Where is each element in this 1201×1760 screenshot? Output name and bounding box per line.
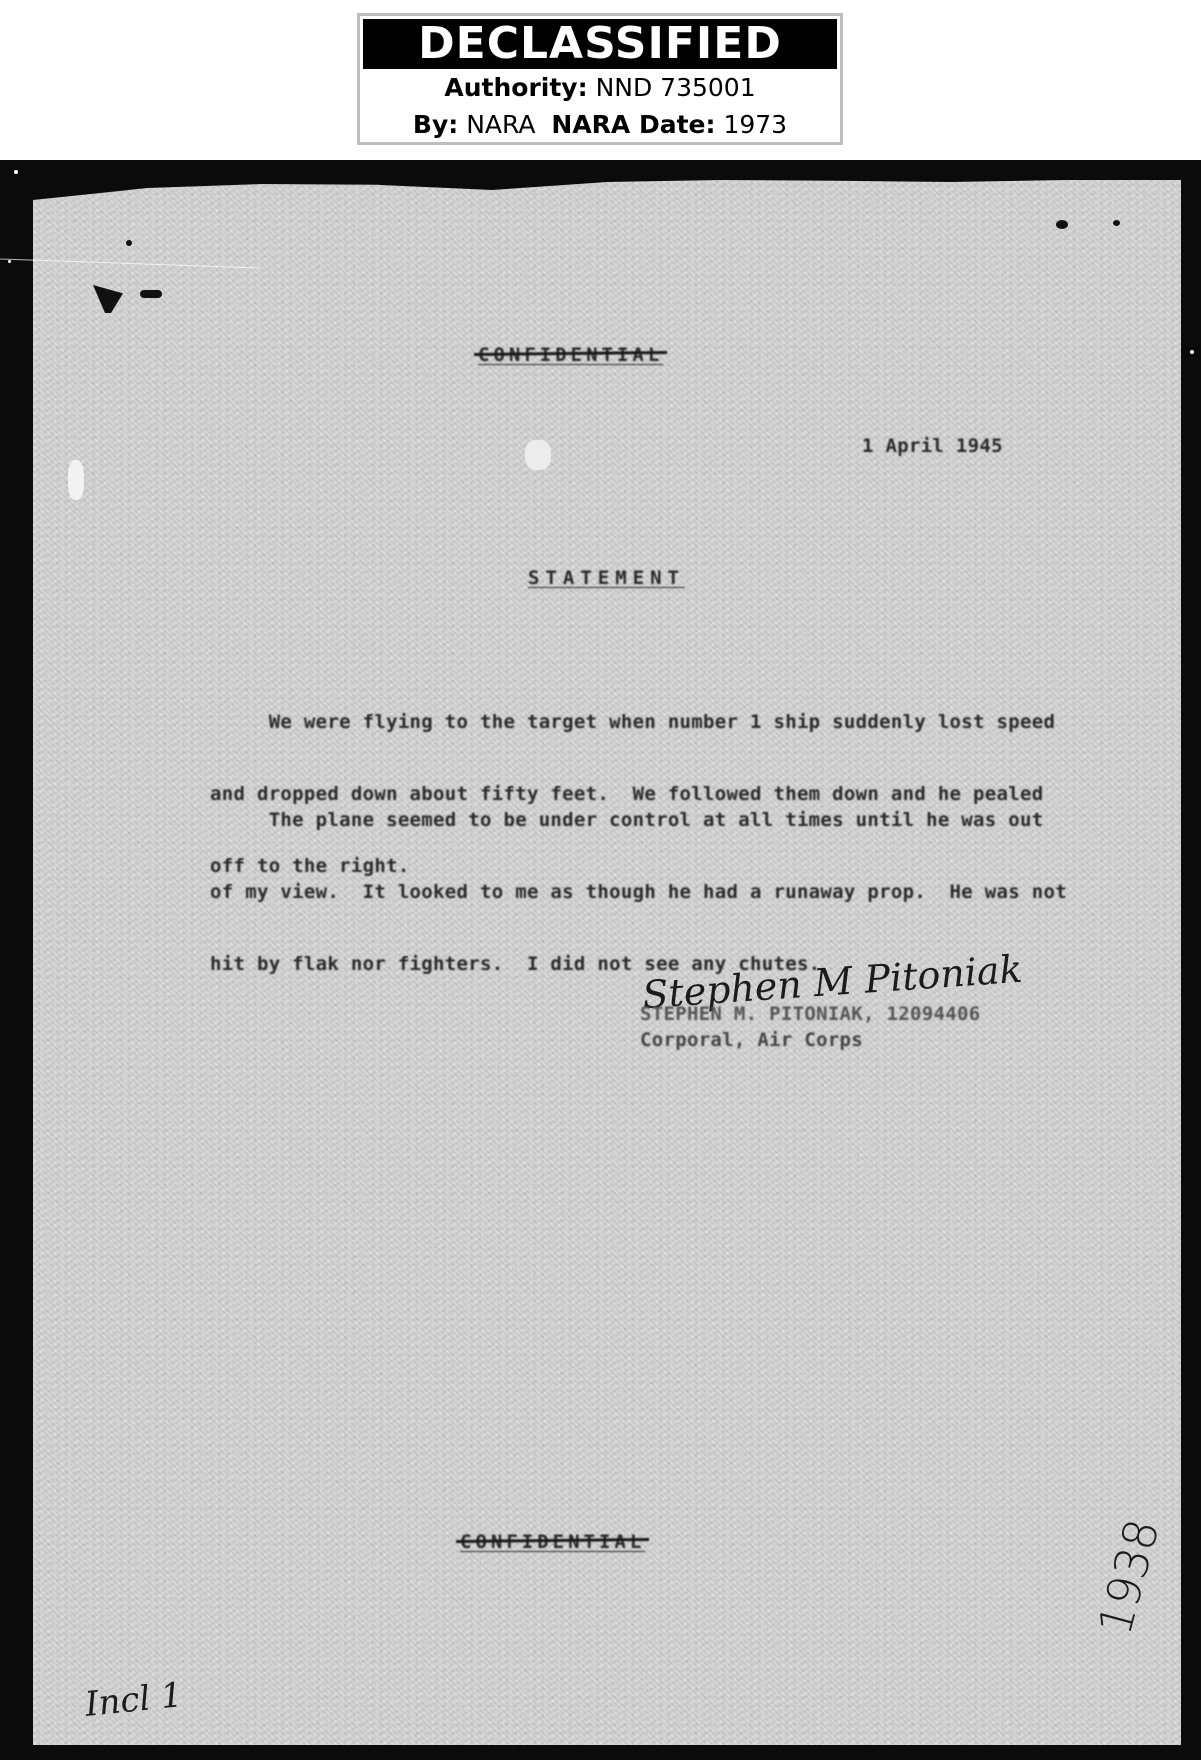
dust-speck [1190,350,1194,354]
signer-rank: Corporal, Air Corps [640,1028,863,1052]
stamp-authority: Authority: NND 735001 [360,69,840,106]
signer-name: STEPHEN M. PITONIAK, 12094406 [640,1002,980,1026]
ink-blot [140,290,162,298]
stamp-title: DECLASSIFIED [363,19,837,69]
document-heading: STATEMENT [528,566,685,590]
by-value: NARA [466,110,535,139]
scanned-page: CONFIDENTIAL 1 April 1945 STATEMENT We w… [0,160,1201,1760]
paragraph-line: of my view. It looked to me as though he… [210,880,1070,904]
classification-top: CONFIDENTIAL [478,343,663,367]
dust-speck [8,260,11,263]
document-date: 1 April 1945 [862,434,1003,458]
authority-label: Authority: [444,73,587,102]
paper-hole [68,460,84,500]
by-label: By: [413,110,458,139]
authority-value: NND 735001 [596,73,756,102]
classification-bottom: CONFIDENTIAL [460,1530,645,1554]
date-label: NARA Date: [551,110,715,139]
stamp-by-date: By: NARA NARA Date: 1973 [360,106,840,143]
dust-speck [14,170,18,174]
ink-dot [1113,220,1120,226]
paragraph-line: The plane seemed to be under control at … [210,808,1070,832]
date-value: 1973 [723,110,787,139]
ink-dot [126,240,132,246]
paper-hole [525,440,551,470]
paragraph-line: We were flying to the target when number… [210,710,1070,734]
ink-dot [1056,220,1068,229]
declassification-stamp: DECLASSIFIED Authority: NND 735001 By: N… [357,13,843,145]
